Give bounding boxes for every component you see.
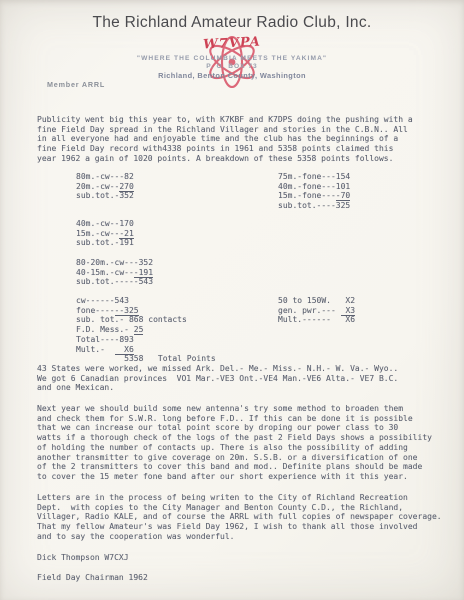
text-segment: 15m.-cw-- [76, 229, 119, 238]
text-segment: 40m.-fone---101 [278, 182, 350, 191]
intro-paragraph: Publicity went big this year to, with K7… [37, 115, 413, 164]
text-line: sub.tot.-191 [76, 238, 134, 248]
text-line: 15m.-cw---21 [76, 229, 134, 239]
letter-page: The Richland Amateur Radio Club, Inc. W7… [0, 0, 464, 600]
text-line: Mult.- X6 [76, 345, 216, 355]
text-segment: gen. pwr.--- [278, 306, 341, 315]
text-line: of holding the number of contacts up. Th… [37, 443, 432, 453]
text-segment: 80-20m.-cw---352 [76, 258, 153, 267]
text-line: in all everyone had and enjoyable time a… [37, 134, 413, 144]
text-line: 15m.-fone----70 [278, 191, 350, 201]
text-line: That my fellow Amateur's was Field Day 1… [37, 522, 442, 532]
text-line: Dept. with copies to the City Manager an… [37, 503, 442, 513]
text-line: Mult.------ X6 [278, 315, 355, 325]
text-line: 80-20m.-cw---352 [76, 258, 153, 268]
score-block-cw-40-15: 40m.-cw--17015m.-cw---21sub.tot.-191 [76, 219, 134, 248]
text-line: sub.tot.-352 [76, 191, 134, 201]
text-segment: 50 to 150W. X2 [278, 296, 355, 305]
text-line: sub.tot.-----543 [76, 277, 153, 287]
text-segment: cw------543 [76, 296, 129, 305]
score-block-multipliers: 50 to 150W. X2gen. pwr.--- X3Mult.------… [278, 296, 355, 325]
text-line: that we can increase our total point sco… [37, 423, 432, 433]
text-segment: 25 [134, 325, 144, 335]
text-segment: sub.tot.-191 [76, 238, 134, 247]
text-line: 80m.-cw---82 [76, 172, 134, 182]
text-line: cw------543 [76, 296, 216, 306]
po-box-line: P. O. BOX 73 [0, 63, 464, 70]
location-line: Richland, Benton County, Washington [0, 71, 464, 80]
text-line: fine Field Day record with4338 points in… [37, 144, 413, 154]
text-segment: sub. tot.- 868 contacts [76, 315, 187, 324]
text-segment: sub.tot.-----543 [76, 277, 153, 286]
text-line: fine Field Day spread in the Richland Vi… [37, 125, 413, 135]
text-line: another transmitter to give coverage on … [37, 453, 432, 463]
text-line: Publicity went big this year to, with K7… [37, 115, 413, 125]
text-segment: 40-15m.-cw-- [76, 268, 134, 277]
text-line: We got 6 Canadian provinces VO1 Mar.-VE3… [37, 374, 398, 384]
text-line: fone------325 [76, 306, 216, 316]
text-line: Next year we should build some new anten… [37, 404, 432, 414]
states-paragraph: 43 States were worked, we missed Ark. De… [37, 364, 398, 393]
text-line: Villager, Radio KALE, and of course the … [37, 512, 442, 522]
text-segment: fone---- [76, 306, 115, 315]
text-line: sub. tot.- 868 contacts [76, 315, 216, 325]
text-line: 20m.-cw--270 [76, 182, 134, 192]
text-line: and to say the cooperation was wonderful… [37, 532, 442, 542]
text-line: Total----893 [76, 335, 216, 345]
text-line: sub.tot.----325 [278, 201, 350, 211]
text-line: 75m.-fone---154 [278, 172, 350, 182]
text-line: 40m.-cw--170 [76, 219, 134, 229]
next-year-paragraph: Next year we should build some new anten… [37, 404, 432, 482]
score-block-cw-totals: 80-20m.-cw---35240-15m.-cw---191sub.tot.… [76, 258, 153, 287]
text-segment: -70 [336, 191, 350, 201]
text-segment: F.D. Mess.- [76, 325, 134, 334]
text-segment: 40m.-cw--170 [76, 219, 134, 228]
text-segment: sub.tot.-352 [76, 191, 134, 200]
text-line: 5358 Total Points [76, 354, 216, 364]
score-block-cw-80-20: 80m.-cw---8220m.-cw--270sub.tot.-352 [76, 172, 134, 201]
text-line: F.D. Mess.- 25 [76, 325, 216, 335]
score-block-grand-total: cw------543fone------325sub. tot.- 868 c… [76, 296, 216, 364]
text-line: watts if a thorough check of the logs of… [37, 433, 432, 443]
text-segment: 75m.-fone---154 [278, 172, 350, 181]
text-segment: 20m.-cw-- [76, 182, 119, 191]
letters-paragraph: Letters are in the process of being writ… [37, 493, 442, 542]
text-segment: 80m.-cw---82 [76, 172, 134, 181]
text-line: year 1962 a gain of 1020 points. A break… [37, 154, 413, 164]
text-segment: 15m.-fone--- [278, 191, 336, 200]
text-segment: 5358 Total Points [76, 354, 216, 363]
text-line: 40-15m.-cw---191 [76, 268, 153, 278]
member-arrl-label: Member ARRL [47, 80, 105, 89]
text-line: and one Mexican. [37, 383, 398, 393]
text-line: 50 to 150W. X2 [278, 296, 355, 306]
text-line: to cover the 15 meter fone band after ou… [37, 472, 432, 482]
text-line: 43 States were worked, we missed Ark. De… [37, 364, 398, 374]
signature-role: Field Day Chairman 1962 [37, 573, 148, 583]
text-line: 40m.-fone---101 [278, 182, 350, 192]
text-segment: Mult.- [76, 345, 115, 354]
text-segment: sub.tot.----325 [278, 201, 350, 210]
text-segment: Mult.------ X6 [278, 315, 355, 324]
score-block-fone: 75m.-fone---15440m.-fone---10115m.-fone-… [278, 172, 350, 211]
text-line: and check them for S.W.R. long before F.… [37, 414, 432, 424]
text-line: gen. pwr.--- X3 [278, 306, 355, 316]
text-segment: Total----893 [76, 335, 134, 344]
text-line: of the 2 transmitters to cover this band… [37, 462, 432, 472]
signature-name: Dick Thompson W7CXJ [37, 553, 129, 563]
text-line: Letters are in the process of being writ… [37, 493, 442, 503]
